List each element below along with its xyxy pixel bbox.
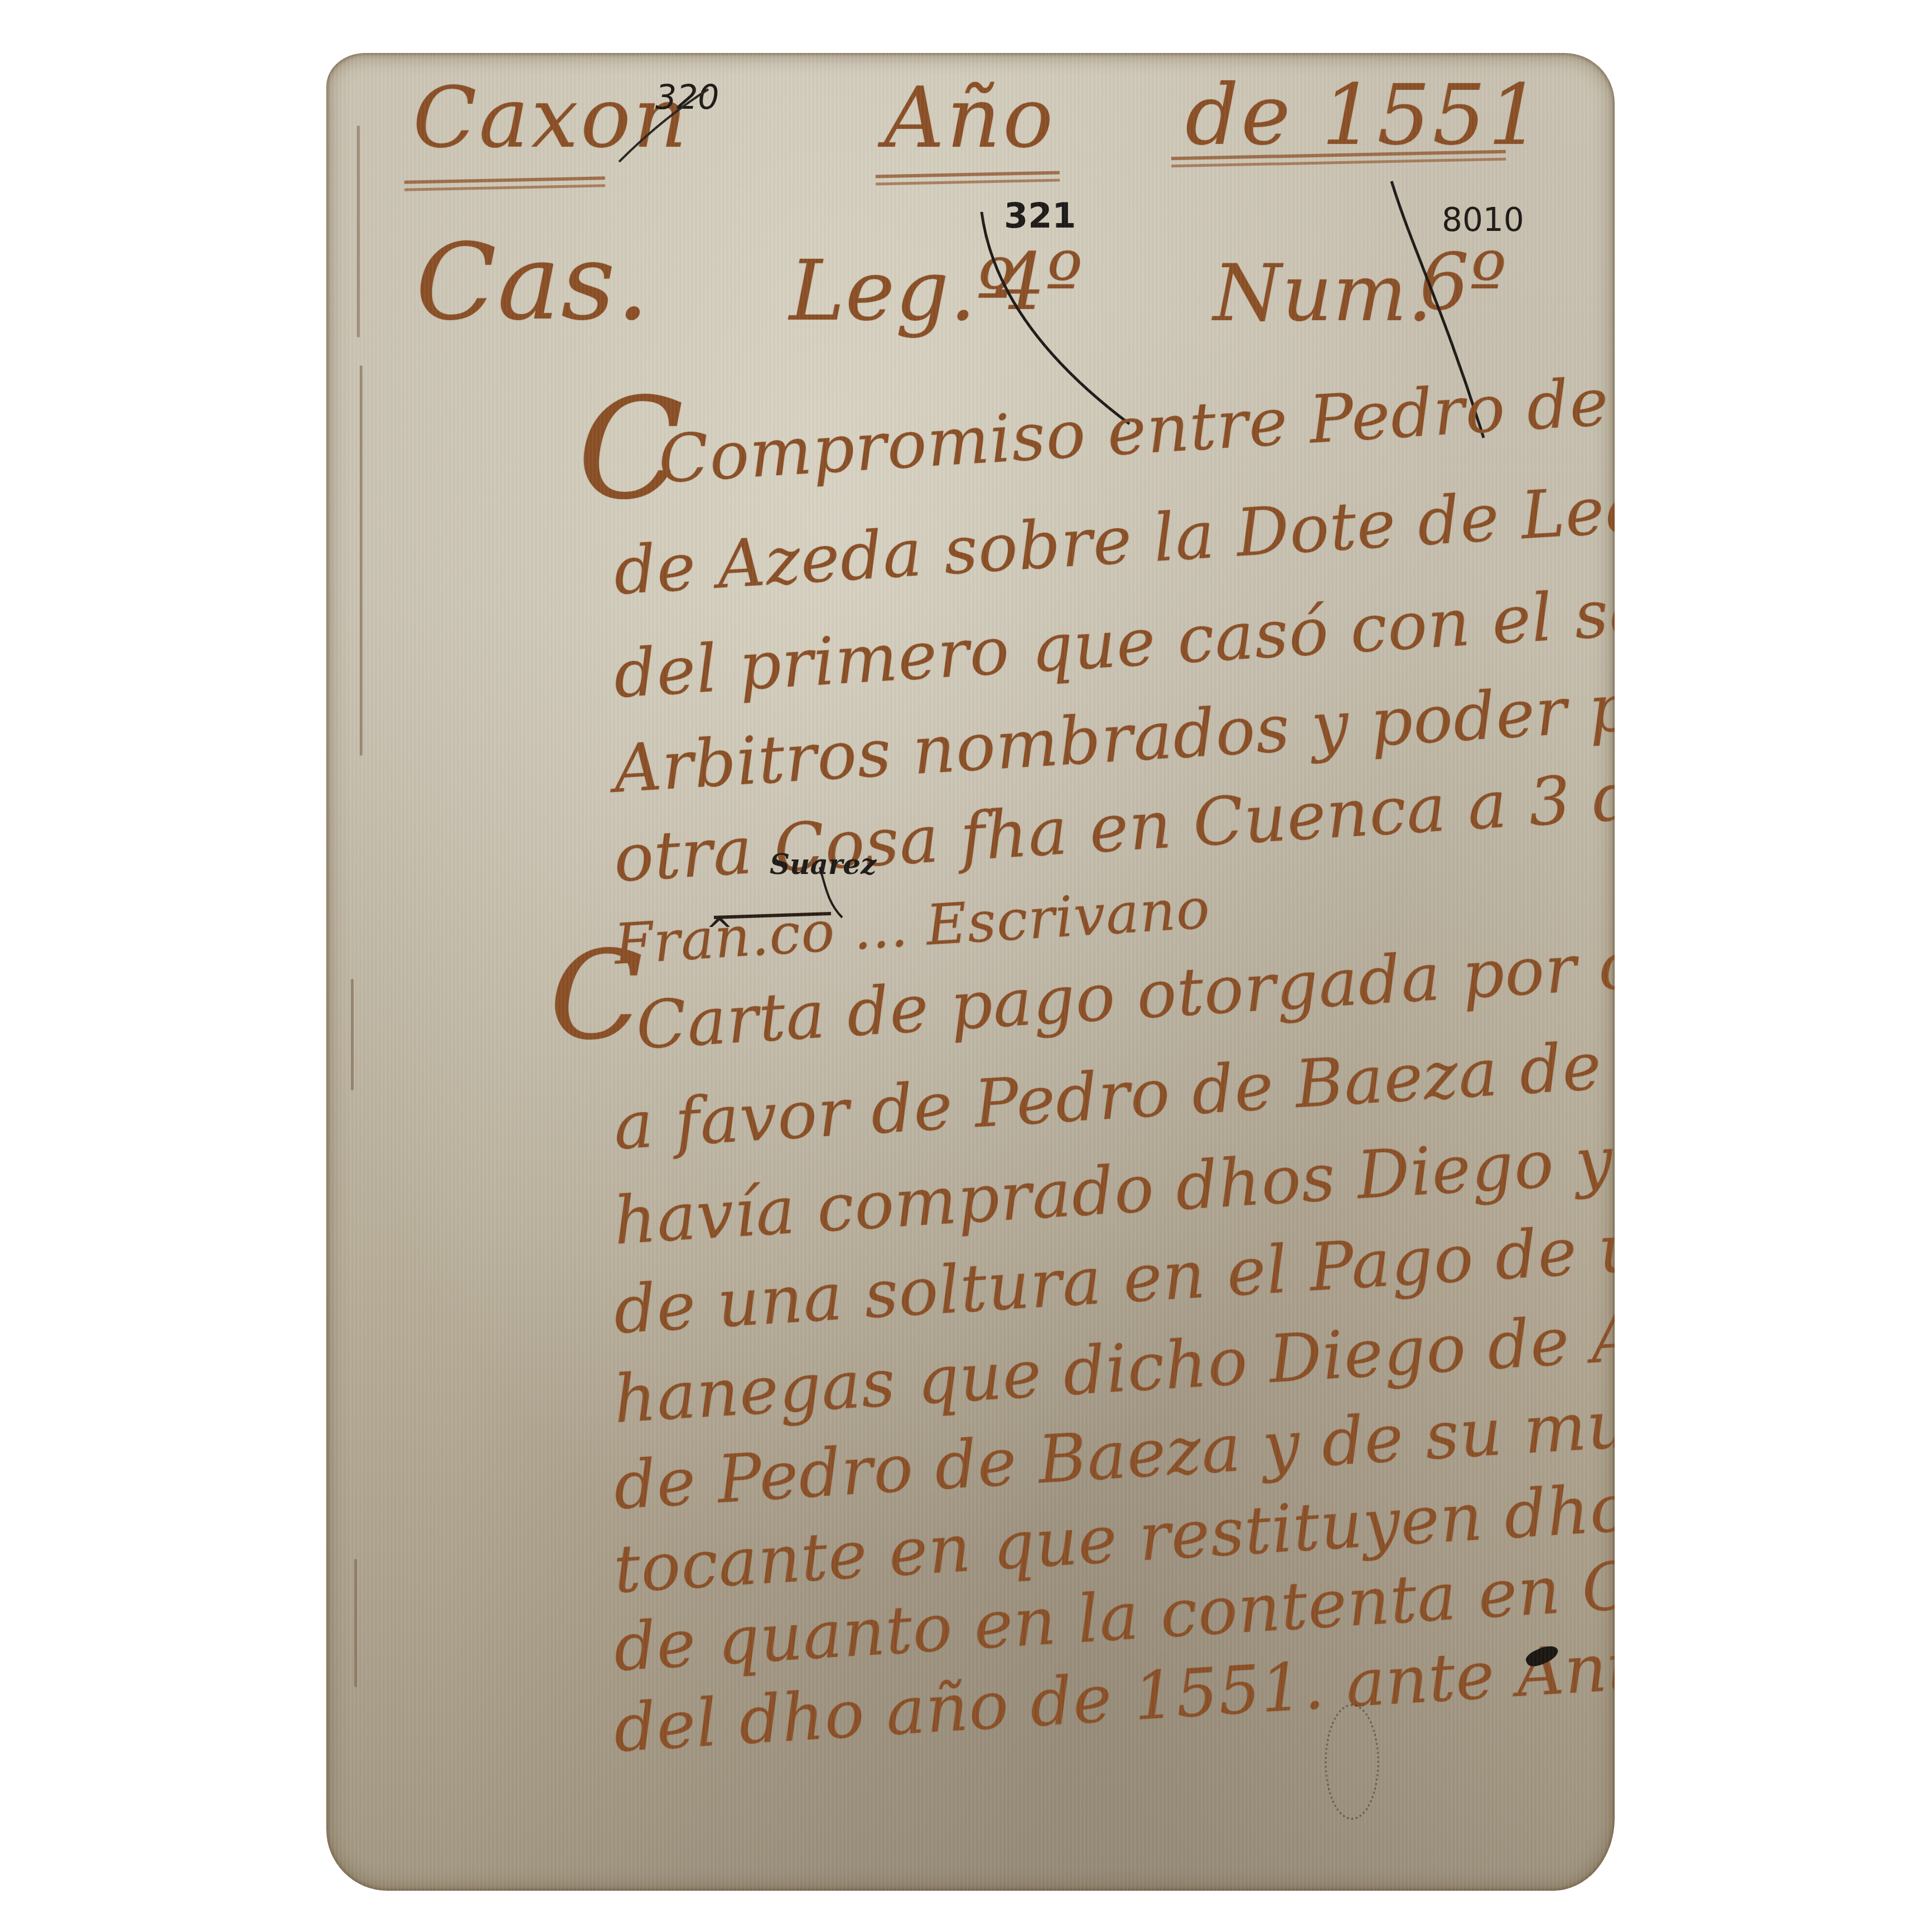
manuscript-page: Caxon 320 Año de 1551 Cas. Leg.º 4º 321 … [326,53,1615,1891]
binding-mark [360,365,363,756]
ano-value: de 1551 [1185,67,1543,164]
insertion-mark: ^ [706,912,733,951]
series-label: Cas. [416,220,650,344]
binding-mark [351,979,354,1090]
caxon-slash [616,86,711,165]
ano-label: Año [884,70,1055,167]
binding-mark [354,1559,357,1687]
binding-mark [357,125,360,337]
caxon-underline [404,176,605,191]
ano-underline [876,171,1060,186]
entry-2-initial: C [549,934,644,1057]
faded-stamp [1325,1704,1379,1820]
